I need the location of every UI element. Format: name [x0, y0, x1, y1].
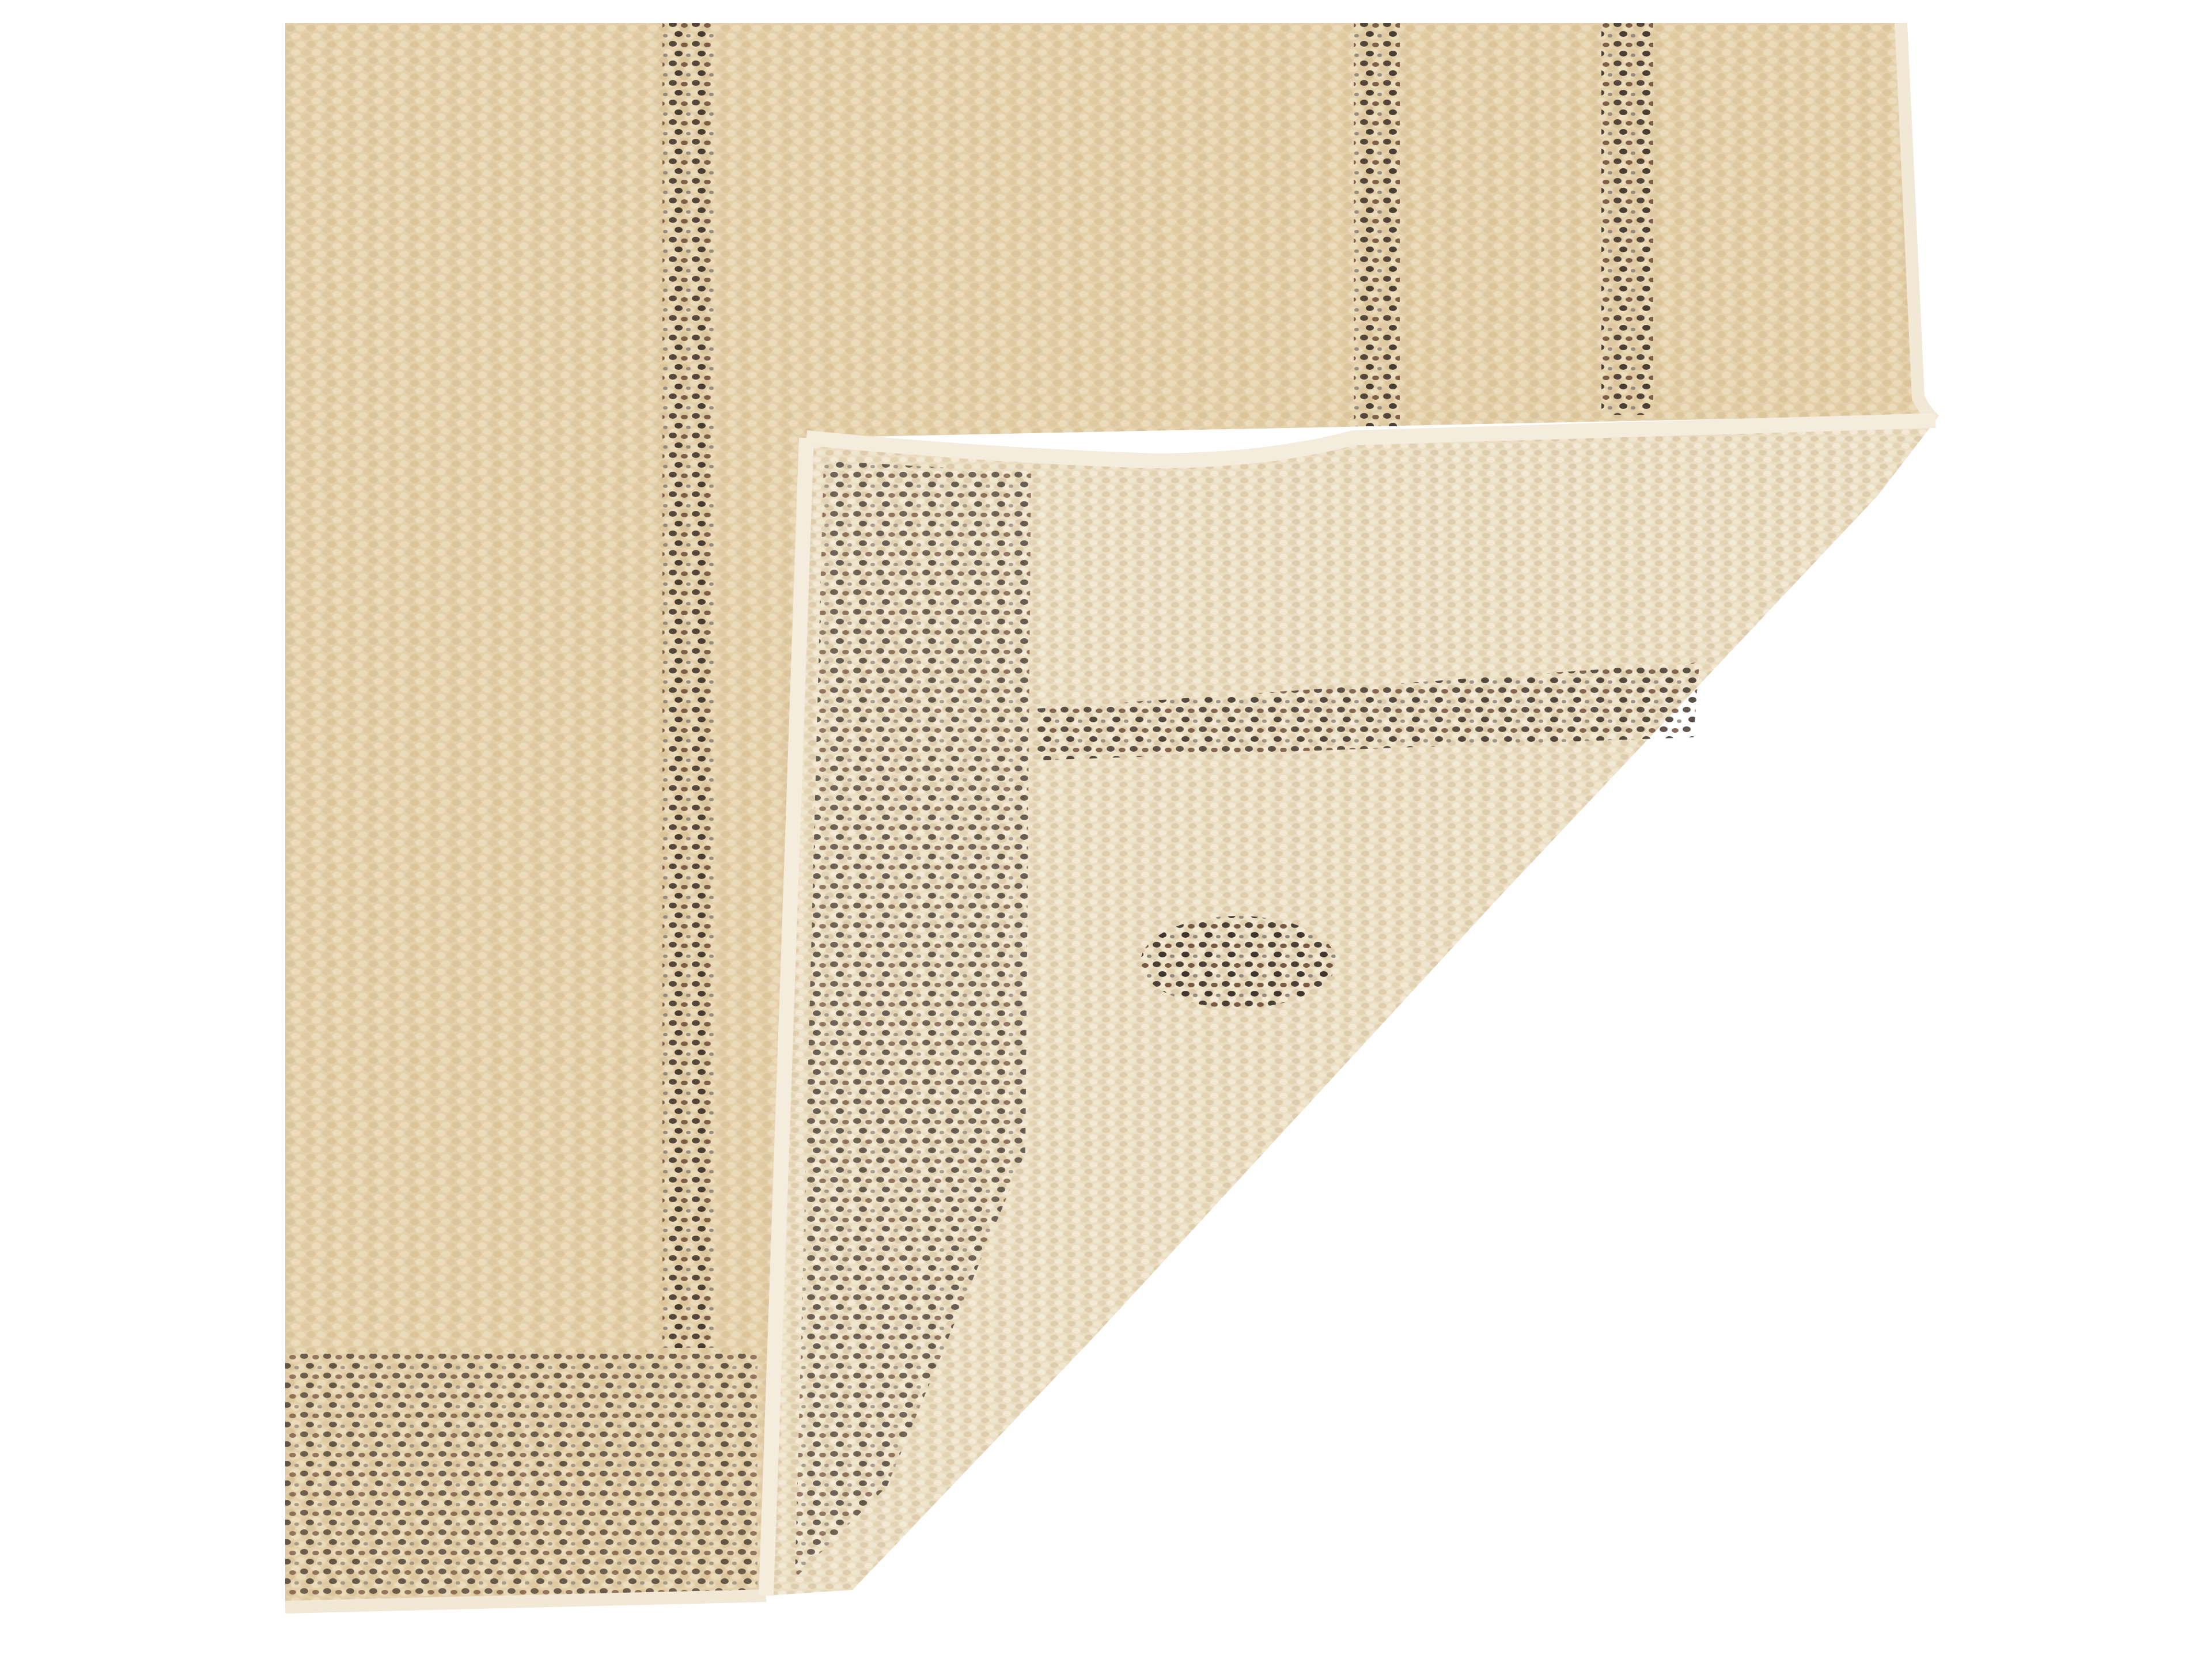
rug-photo	[0, 0, 2212, 1659]
rug-illustration	[0, 0, 2212, 1659]
rug-folded-back	[766, 421, 1935, 1596]
